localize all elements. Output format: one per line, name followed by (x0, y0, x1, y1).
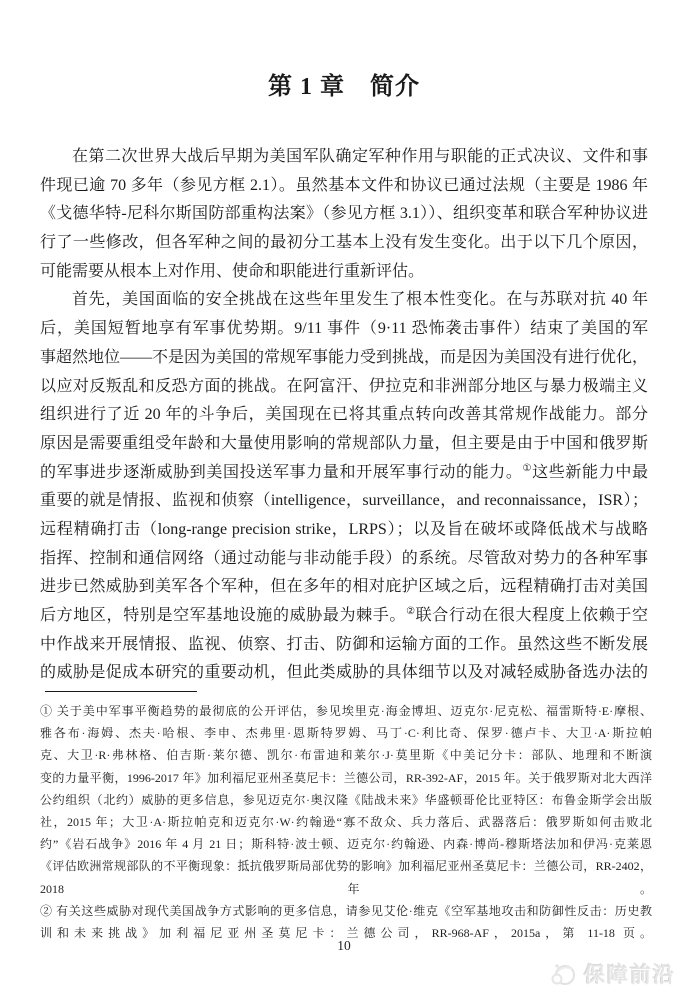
body-text: 在第二次世界大战后早期为美国军队确定军种作用与职能的正式决议、文件和事件现已逾 … (40, 143, 648, 688)
body-line: 中作战来开展情报、监视、侦察、打击、防御和运输方面的工作。虽然这些不断发展 (40, 631, 648, 660)
footnote-line: 社，2015 年；大卫·A·斯拉帕克和迈克尔·W·约翰逊“寡不敌众、兵力落后、武… (40, 811, 652, 833)
body-line: 进步已然威胁到美军各个军种，但在多年的相对庇护区域之后，远程精确打击对美国 (40, 573, 648, 602)
body-line: 原因是需要重组受年龄和大量使用影响的常规部队力量，但主要是由于中国和俄罗斯 (40, 430, 648, 459)
footnote-line: ② 有关这些威胁对现代美国战争方式影响的更多信息，请参见艾伦·维克《空军基地攻击… (40, 900, 652, 922)
body-line: 远程精确打击（long-range precision strike，LRPS）… (40, 516, 648, 545)
footnote-separator (45, 691, 197, 692)
footnote-line: 变的力量平衡，1996-2017 年》加利福尼亚州圣莫尼卡：兰德公司，RR-39… (40, 767, 652, 789)
footnote-line: 公约组织（北约）威胁的更多信息，参见迈克尔·奥汉隆《陆战未来》华盛顿哥伦比亚特区… (40, 789, 652, 811)
body-line: 事超然地位——不是因为美国的常规军事能力受到挑战，而是因为美国没有进行优化， (40, 344, 648, 373)
footnote-line: 约”《岩石战争》2016 年 4 月 21 日；斯科特·波士顿、迈克尔·约翰逊、… (40, 833, 652, 855)
footnote-reference-marker: ① (523, 463, 533, 474)
body-line: 可能需要从根本上对作用、使命和职能进行重新评估。 (40, 258, 648, 287)
document-page: 第 1 章 简介 在第二次世界大战后早期为美国军队确定军种作用与职能的正式决议、… (0, 0, 688, 1006)
footnote-line: ① 关于美中军事平衡趋势的最彻底的公开评估，参见埃里克·海金博坦、迈克尔·尼克松… (40, 700, 652, 722)
watermark-label: 保障前沿 (584, 959, 676, 989)
body-line: 首先，美国面临的安全挑战在这些年里发生了根本性变化。在与苏联对抗 40 年 (40, 286, 648, 315)
footnotes: ① 关于美中军事平衡趋势的最彻底的公开评估，参见埃里克·海金博坦、迈克尔·尼克松… (40, 700, 652, 944)
footnote-line: 克、大卫·R·弗林格、伯吉斯·莱尔德、凯尔·布雷迪和莱尔·J·莫里斯《中美记分卡… (40, 744, 652, 766)
body-line: 《戈德华特-尼科尔斯国防部重构法案》（参见方框 3.1））、组织变革和联合军种协… (40, 200, 648, 229)
watermark-logo-icon (548, 959, 578, 989)
body-line: 指挥、控制和通信网络（通过动能与非动能手段）的系统。尽管敌对势力的各种军事 (40, 545, 648, 574)
body-line: 的军事进步逐渐威胁到美国投送军事力量和开展军事行动的能力。①这些新能力中最 (40, 459, 648, 488)
footnote-line: 2018 年。 (40, 878, 652, 900)
body-line: 行了一些修改，但各军种之间的最初分工基本上没有发生变化。出于以下几个原因， (40, 229, 648, 258)
footnote-line: 《评估欧洲常规部队的不平衡现象：抵抗俄罗斯局部优势的影响》加利福尼亚州圣莫尼卡：… (40, 855, 652, 877)
chapter-title: 第 1 章 简介 (0, 66, 688, 101)
page-number: 10 (0, 938, 688, 954)
body-line: 的威胁是促成本研究的重要动机，但此类威胁的具体细节以及对减轻威胁备选办法的 (40, 659, 648, 688)
body-line: 件现已逾 70 多年（参见方框 2.1）。虽然基本文件和协议已通过法规（主要是 … (40, 172, 648, 201)
body-line: 组织进行了近 20 年的斗争后，美国现在已将其重点转向改善其常规作战能力。部分 (40, 401, 648, 430)
footnote-line: 雅各布·海姆、杰夫·哈根、李申、杰弗里·恩斯特罗姆、马丁·C·利比奇、保罗·德卢… (40, 722, 652, 744)
body-line: 以应对反叛乱和反恐方面的挑战。在阿富汗、伊拉克和非洲部分地区与暴力极端主义 (40, 373, 648, 402)
body-line: 后方地区，特别是空军基地设施的威胁最为棘手。②联合行动在很大程度上依赖于空 (40, 602, 648, 631)
body-line: 后，美国短暂地享有军事优势期。9/11 事件（9·11 恐怖袭击事件）结束了美国… (40, 315, 648, 344)
watermark: 保障前沿 (548, 956, 676, 992)
footnote-reference-marker: ② (406, 606, 416, 617)
body-line: 在第二次世界大战后早期为美国军队确定军种作用与职能的正式决议、文件和事 (40, 143, 648, 172)
body-line: 重要的就是情报、监视和侦察（intelligence，surveillance，… (40, 487, 648, 516)
